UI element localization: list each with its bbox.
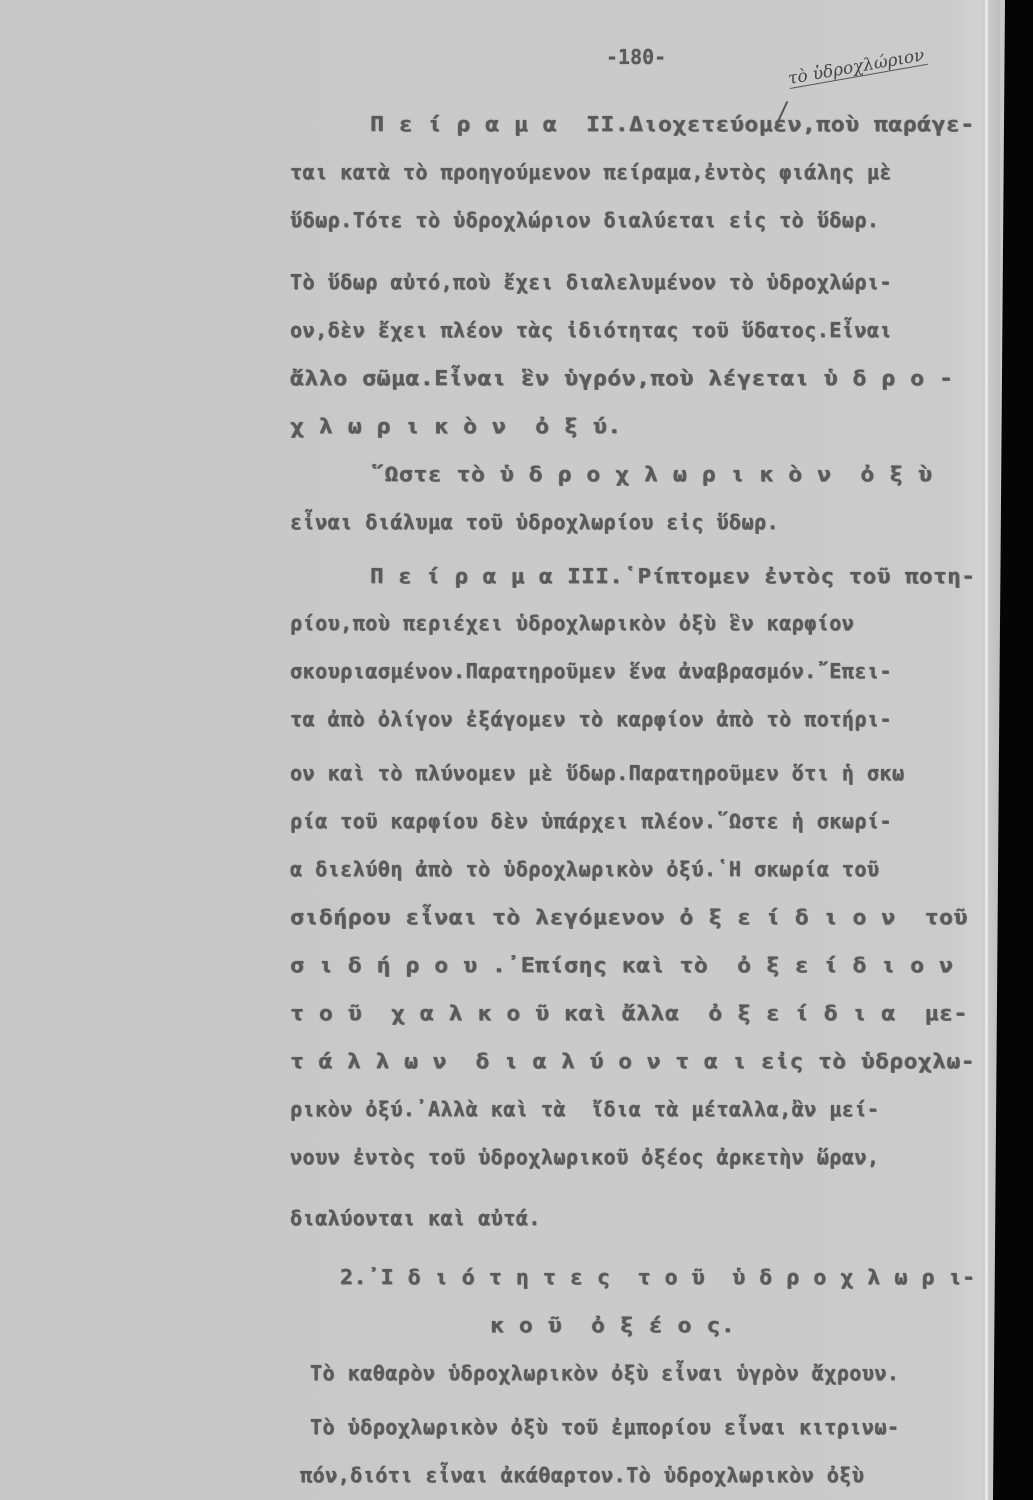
text-line: α διελύθη ἀπὸ τὸ ὑδροχλωρικὸν ὀξύ.῾Η σκω… bbox=[290, 857, 879, 881]
document-page: -180- τὸ ὑδροχλώριον Π ε ί ρ α μ α ΙΙ.Δι… bbox=[0, 0, 1000, 1500]
text-line: χ λ ω ρ ι κ ὸ ν ὀ ξ ύ. bbox=[290, 414, 622, 438]
text-line: πόν,διότι εἶναι ἀκάθαρτον.Τὸ ὑδροχλωρικὸ… bbox=[300, 1463, 864, 1487]
text-line: τα ἀπὸ ὀλίγον ἐξάγομεν τὸ καρφίον ἀπὸ τὸ… bbox=[290, 707, 892, 731]
text-line: διαλύονται καὶ αὐτά. bbox=[290, 1206, 541, 1230]
page-number: -180- bbox=[606, 45, 666, 69]
text-line: ἄλλο σῶμα.Εἶναι ἓν ὑγρόν,ποὺ λέγεται ὑ δ… bbox=[290, 366, 953, 390]
text-line: Τὸ καθαρὸν ὑδροχλωρικὸν ὀξὺ εἶναι ὑγρὸν … bbox=[310, 1361, 899, 1385]
text-line: Π ε ί ρ α μ α ΙΙ.Διοχετεύομεν,ποὺ παράγε… bbox=[370, 112, 975, 136]
text-line: ον,δὲν ἔχει πλέον τὰς ἰδιότητας τοῦ ὕδατ… bbox=[290, 318, 892, 342]
text-line: Τὸ ὑδροχλωρικὸν ὀξὺ τοῦ ἐμπορίου εἶναι κ… bbox=[310, 1415, 899, 1439]
text-line: ὕδωρ.Τότε τὸ ὑδροχλώριον διαλύεται εἰς τ… bbox=[290, 208, 879, 232]
text-line: ρικὸν ὀξύ.᾿Αλλὰ καὶ τὰ ἴδια τὰ μέταλλα,ἂ… bbox=[290, 1097, 879, 1121]
text-line: ῞Ωστε τὸ ὑ δ ρ ο χ λ ω ρ ι κ ὸ ν ὀ ξ ὺ bbox=[370, 462, 932, 486]
text-line: σκουριασμένον.Παρατηροῦμεν ἕνα ἀναβρασμό… bbox=[290, 659, 892, 683]
text-line: ρίου,ποὺ περιέχει ὑδροχλωρικὸν ὀξὺ ἓν κα… bbox=[290, 611, 854, 635]
text-line: τ ά λ λ ω ν δ ι α λ ύ ο ν τ α ι εἰς τὸ ὑ… bbox=[290, 1049, 975, 1073]
page-edge-highlight bbox=[985, 0, 988, 1500]
text-line: ον καὶ τὸ πλύνομεν μὲ ὕδωρ.Παρατηροῦμεν … bbox=[290, 761, 905, 785]
text-line: σ ι δ ή ρ ο υ .᾿Επίσης καὶ τὸ ὀ ξ ε ί δ … bbox=[290, 953, 953, 977]
section-heading-line: κ ο ῦ ὀ ξ έ ο ς. bbox=[490, 1313, 735, 1337]
section-heading-line: 2.᾿Ι δ ι ό τ η τ ε ς τ ο ῦ ὑ δ ρ ο χ λ ω… bbox=[340, 1265, 975, 1289]
text-line: τ ο ῦ χ α λ κ ο ῦ καὶ ἄλλα ὀ ξ ε ί δ ι α… bbox=[290, 1001, 968, 1025]
text-line: ται κατὰ τὸ προηγούμενον πείραμα,ἐντὸς φ… bbox=[290, 160, 892, 184]
text-line: σιδήρου εἶναι τὸ λεγόμενον ὀ ξ ε ί δ ι ο… bbox=[290, 905, 968, 929]
text-line: εἶναι διάλυμα τοῦ ὑδροχλωρίου εἰς ὕδωρ. bbox=[290, 510, 779, 534]
text-line: Π ε ί ρ α μ α ΙΙΙ.῾Ρίπτομεν ἐντὸς τοῦ πο… bbox=[370, 564, 975, 588]
handwritten-annotation: τὸ ὑδροχλώριον bbox=[787, 46, 928, 89]
text-line: Τὸ ὕδωρ αὐτό,ποὺ ἔχει διαλελυμένον τὸ ὑδ… bbox=[290, 270, 892, 294]
text-line: νουν ἐντὸς τοῦ ὑδροχλωρικοῦ ὀξέος ἀρκετὴ… bbox=[290, 1145, 879, 1169]
text-line: ρία τοῦ καρφίου δὲν ὑπάρχει πλέον.῞Ωστε … bbox=[290, 809, 892, 833]
